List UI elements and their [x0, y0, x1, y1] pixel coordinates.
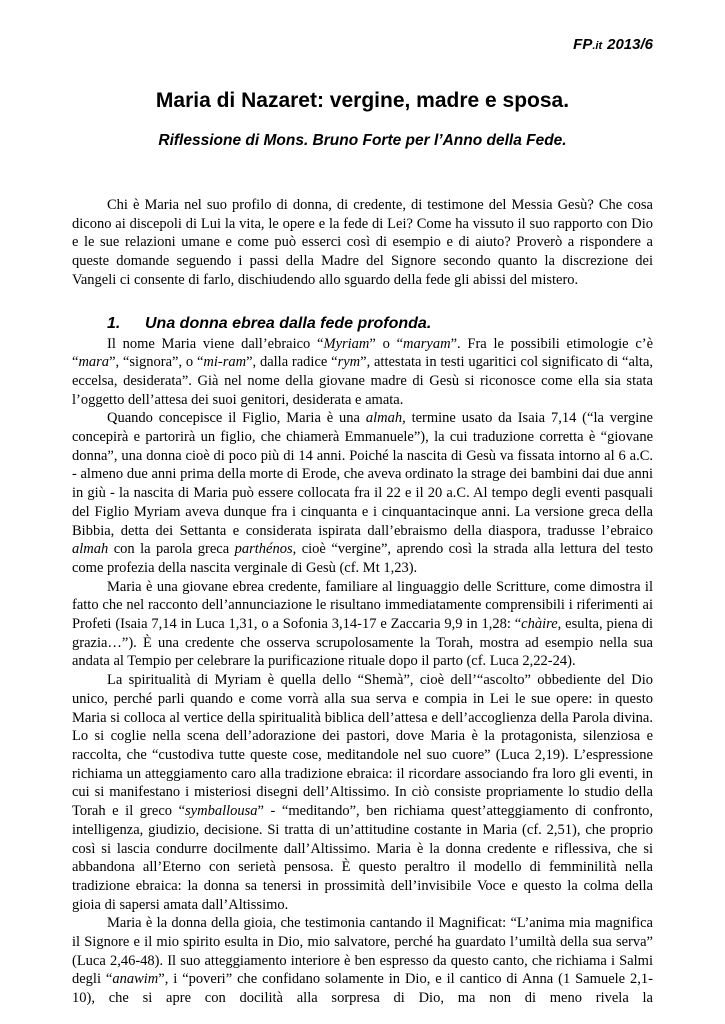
paragraph: Il nome Maria viene dall’ebraico “Myriam…: [72, 335, 653, 410]
document-subtitle: Riflessione di Mons. Bruno Forte per l’A…: [72, 131, 653, 150]
paragraph-text: La spiritualità di Myriam è quella dello…: [72, 672, 653, 819]
paragraph-text: ”, i “poveri” che confidano solamente in…: [72, 971, 653, 1006]
italic-term: symballousa: [185, 803, 258, 819]
document-page: FP.it2013/6 Maria di Nazaret: vergine, m…: [0, 0, 725, 1024]
journal-name: FP: [573, 36, 592, 53]
italic-term: almah: [366, 410, 402, 426]
italic-term: maryam: [403, 336, 451, 352]
paragraph-text: ”, dalla radice “: [246, 354, 337, 370]
heading-text: Una donna ebrea dalla fede profonda.: [145, 315, 431, 332]
paragraph-text: Quando concepisce il Figlio, Maria è una: [107, 410, 366, 426]
paragraph: Quando concepisce il Figlio, Maria è una…: [72, 409, 653, 577]
italic-term: rym: [338, 354, 361, 370]
paragraph: La spiritualità di Myriam è quella dello…: [72, 671, 653, 914]
paragraph: Maria è la donna della gioia, che testim…: [72, 914, 653, 1008]
italic-term: anawim: [112, 971, 158, 987]
paragraph-text: con la parola greca: [108, 541, 234, 557]
paragraph: Chi è Maria nel suo profilo di donna, di…: [72, 196, 653, 290]
italic-term: parthénos: [235, 541, 293, 557]
heading-number: 1.: [107, 314, 145, 333]
italic-term: almah: [72, 541, 108, 557]
paragraph-text: Chi è Maria nel suo profilo di donna, di…: [72, 197, 653, 288]
paragraph-text: , termine usato da Isaia 7,14 (“la vergi…: [72, 410, 653, 538]
document-body: Chi è Maria nel suo profilo di donna, di…: [72, 196, 653, 1008]
page-header: FP.it2013/6: [72, 36, 653, 55]
paragraph-text: ”, “signora”, o “: [109, 354, 203, 370]
italic-term: mara: [78, 354, 109, 370]
italic-term: Myriam: [324, 336, 370, 352]
paragraph: Maria è una giovane ebrea credente, fami…: [72, 578, 653, 672]
paragraph-text: ” o “: [369, 336, 403, 352]
paragraph-text: Il nome Maria viene dall’ebraico “: [107, 336, 324, 352]
journal-reference: FP.it2013/6: [573, 36, 653, 53]
paragraph-text: ” - “meditando”, ben richiama quest’atte…: [72, 803, 653, 913]
section-heading: 1.Una donna ebrea dalla fede profonda.: [72, 314, 653, 333]
document-title: Maria di Nazaret: vergine, madre e sposa…: [72, 88, 653, 114]
journal-domain: .it: [592, 40, 602, 52]
italic-term: mi-ram: [203, 354, 246, 370]
italic-term: chàire: [521, 616, 558, 632]
journal-issue: 2013/6: [607, 36, 653, 53]
